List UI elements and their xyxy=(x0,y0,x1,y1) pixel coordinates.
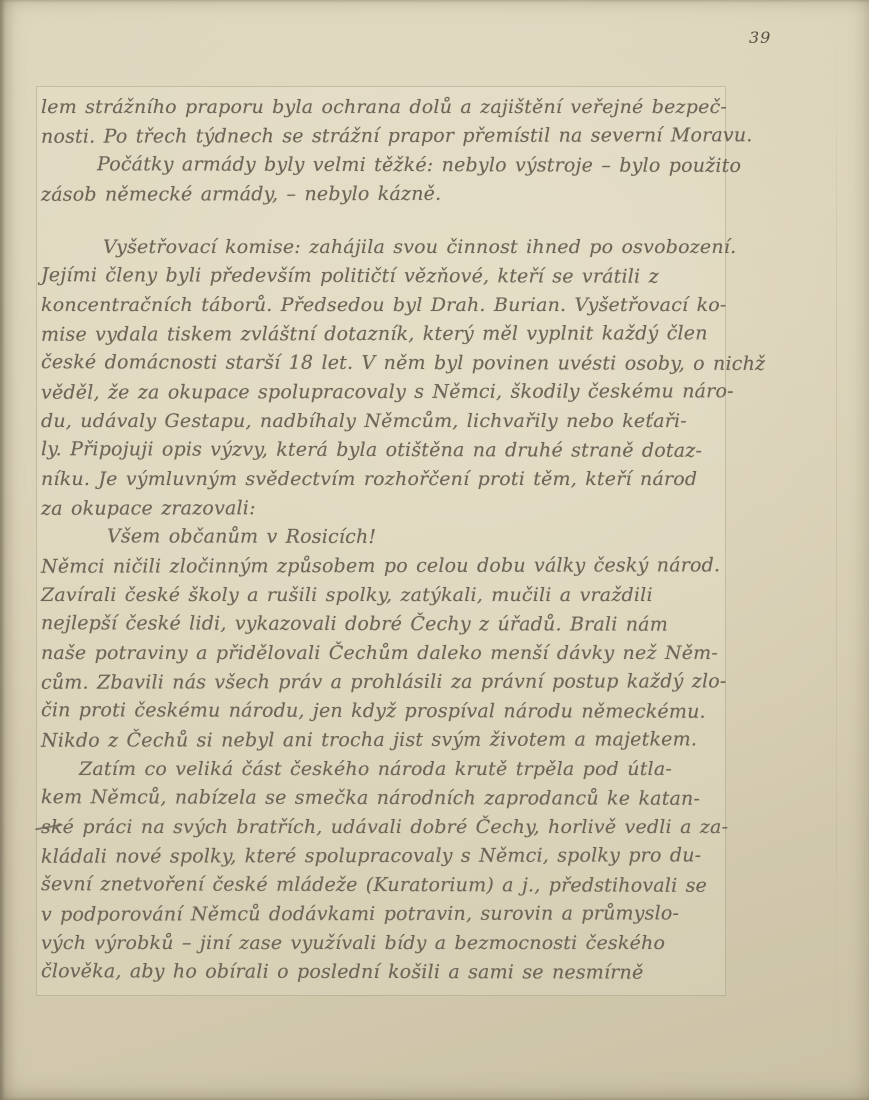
handwritten-line: nejlepší české lidi, vykazovali dobré Če… xyxy=(41,609,723,640)
handwritten-line: vých výrobků – jiní zase využívali bídy … xyxy=(41,929,723,958)
handwritten-line: čin proti českému národu, jen když prosp… xyxy=(41,696,723,727)
handwritten-line: ly. Připojuji opis výzvy, která byla oti… xyxy=(41,435,723,466)
handwritten-line: koncentračních táborů. Předsedou byl Dra… xyxy=(41,291,723,320)
handwritten-line: Jejími členy byli především političtí vě… xyxy=(41,261,723,292)
chronicle-page: 39 lem strážního praporu byla ochrana do… xyxy=(0,0,869,1100)
handwritten-line: v podporování Němců dodávkami potravin, … xyxy=(41,899,723,929)
handwritten-line: za okupace zrazovali: xyxy=(41,493,723,523)
handwritten-line: ské práci na svých bratřích, udávali dob… xyxy=(41,813,723,842)
handwritten-line: kládali nové spolky, které spolupracoval… xyxy=(41,841,723,871)
handwritten-line: zásob německé armády, – nebylo kázně. xyxy=(41,179,723,209)
page-number: 39 xyxy=(749,28,771,47)
handwritten-line: lem strážního praporu byla ochrana dolů … xyxy=(41,93,723,122)
handwritten-line: mise vydala tiskem zvláštní dotazník, kt… xyxy=(41,319,723,349)
handwritten-line: Vyšetřovací komise: zahájila svou činnos… xyxy=(41,233,723,262)
handwritten-line: Němci ničili zločinným způsobem po celou… xyxy=(41,551,723,581)
handwritten-line: nosti. Po třech týdnech se strážní prapo… xyxy=(41,121,723,151)
paper-crease xyxy=(836,0,837,1100)
handwritten-line: věděl, že za okupace spolupracovaly s Ně… xyxy=(41,377,723,407)
handwritten-line: Zavírali české školy a rušili spolky, za… xyxy=(41,581,723,610)
handwritten-line: níku. Je výmluvným svědectvím rozhořčení… xyxy=(41,465,723,494)
handwritten-line: Počátky armády byly velmi těžké: nebylo … xyxy=(41,150,723,181)
manuscript-text-block: lem strážního praporu byla ochrana dolů … xyxy=(36,86,726,996)
handwritten-line: člověka, aby ho obírali o poslední košil… xyxy=(41,957,723,988)
handwritten-line: české domácnosti starší 18 let. V něm by… xyxy=(41,348,723,379)
line-text: ské práci na svých bratřích, udávali dob… xyxy=(41,816,728,838)
handwritten-line proclamation-heading: Všem občanům v Rosicích! xyxy=(41,522,723,553)
handwritten-line: Nikdo z Čechů si nebyl ani trocha jist s… xyxy=(41,725,723,755)
handwritten-line: Zatím co veliká část českého národa krut… xyxy=(41,755,723,784)
handwritten-line: naše potraviny a přidělovali Čechům dale… xyxy=(41,639,723,668)
handwritten-line: cům. Zbavili nás všech práv a prohlásili… xyxy=(41,667,723,697)
handwritten-line: kem Němců, nabízela se smečka národních … xyxy=(41,783,723,814)
handwritten-line: du, udávaly Gestapu, nadbíhaly Němcům, l… xyxy=(41,407,723,436)
handwritten-line: ševní znetvoření české mládeže (Kuratori… xyxy=(41,870,723,901)
